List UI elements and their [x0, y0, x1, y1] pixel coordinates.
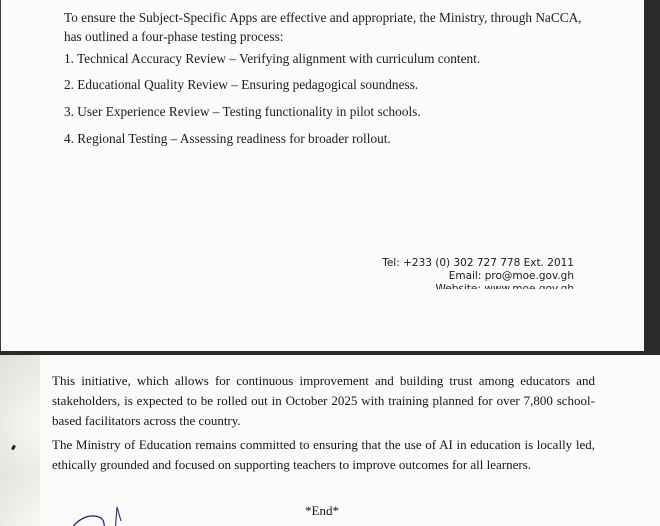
contact-website-clipped: Website: www.moe.gov.gh — [436, 283, 574, 289]
end-mark: *End* — [305, 503, 339, 519]
phase-item-2: 2. Educational Quality Review – Ensuring… — [64, 77, 418, 93]
commitment-paragraph: The Ministry of Education remains commit… — [52, 435, 595, 475]
paper-crease — [0, 355, 40, 526]
contact-email: Email: pro@moe.gov.gh — [382, 270, 574, 283]
top-document-page: To ensure the Subject-Specific Apps are … — [0, 0, 644, 351]
phase-item-3: 3. User Experience Review – Testing func… — [64, 104, 421, 120]
contact-tel: Tel: +233 (0) 302 727 778 Ext. 2011 — [382, 257, 574, 270]
signature-icon — [65, 503, 135, 526]
contact-block: Tel: +233 (0) 302 727 778 Ext. 2011 Emai… — [382, 257, 574, 283]
bottom-document-photo: This initiative, which allows for contin… — [0, 355, 660, 526]
phase-item-4: 4. Regional Testing – Assessing readines… — [64, 131, 391, 147]
intro-paragraph: To ensure the Subject-Specific Apps are … — [64, 9, 584, 46]
phase-item-1: 1. Technical Accuracy Review – Verifying… — [64, 51, 480, 67]
initiative-paragraph: This initiative, which allows for contin… — [52, 371, 595, 431]
contact-website: Website: www.moe.gov.gh — [436, 283, 574, 289]
top-screenshot-panel: To ensure the Subject-Specific Apps are … — [0, 0, 660, 355]
